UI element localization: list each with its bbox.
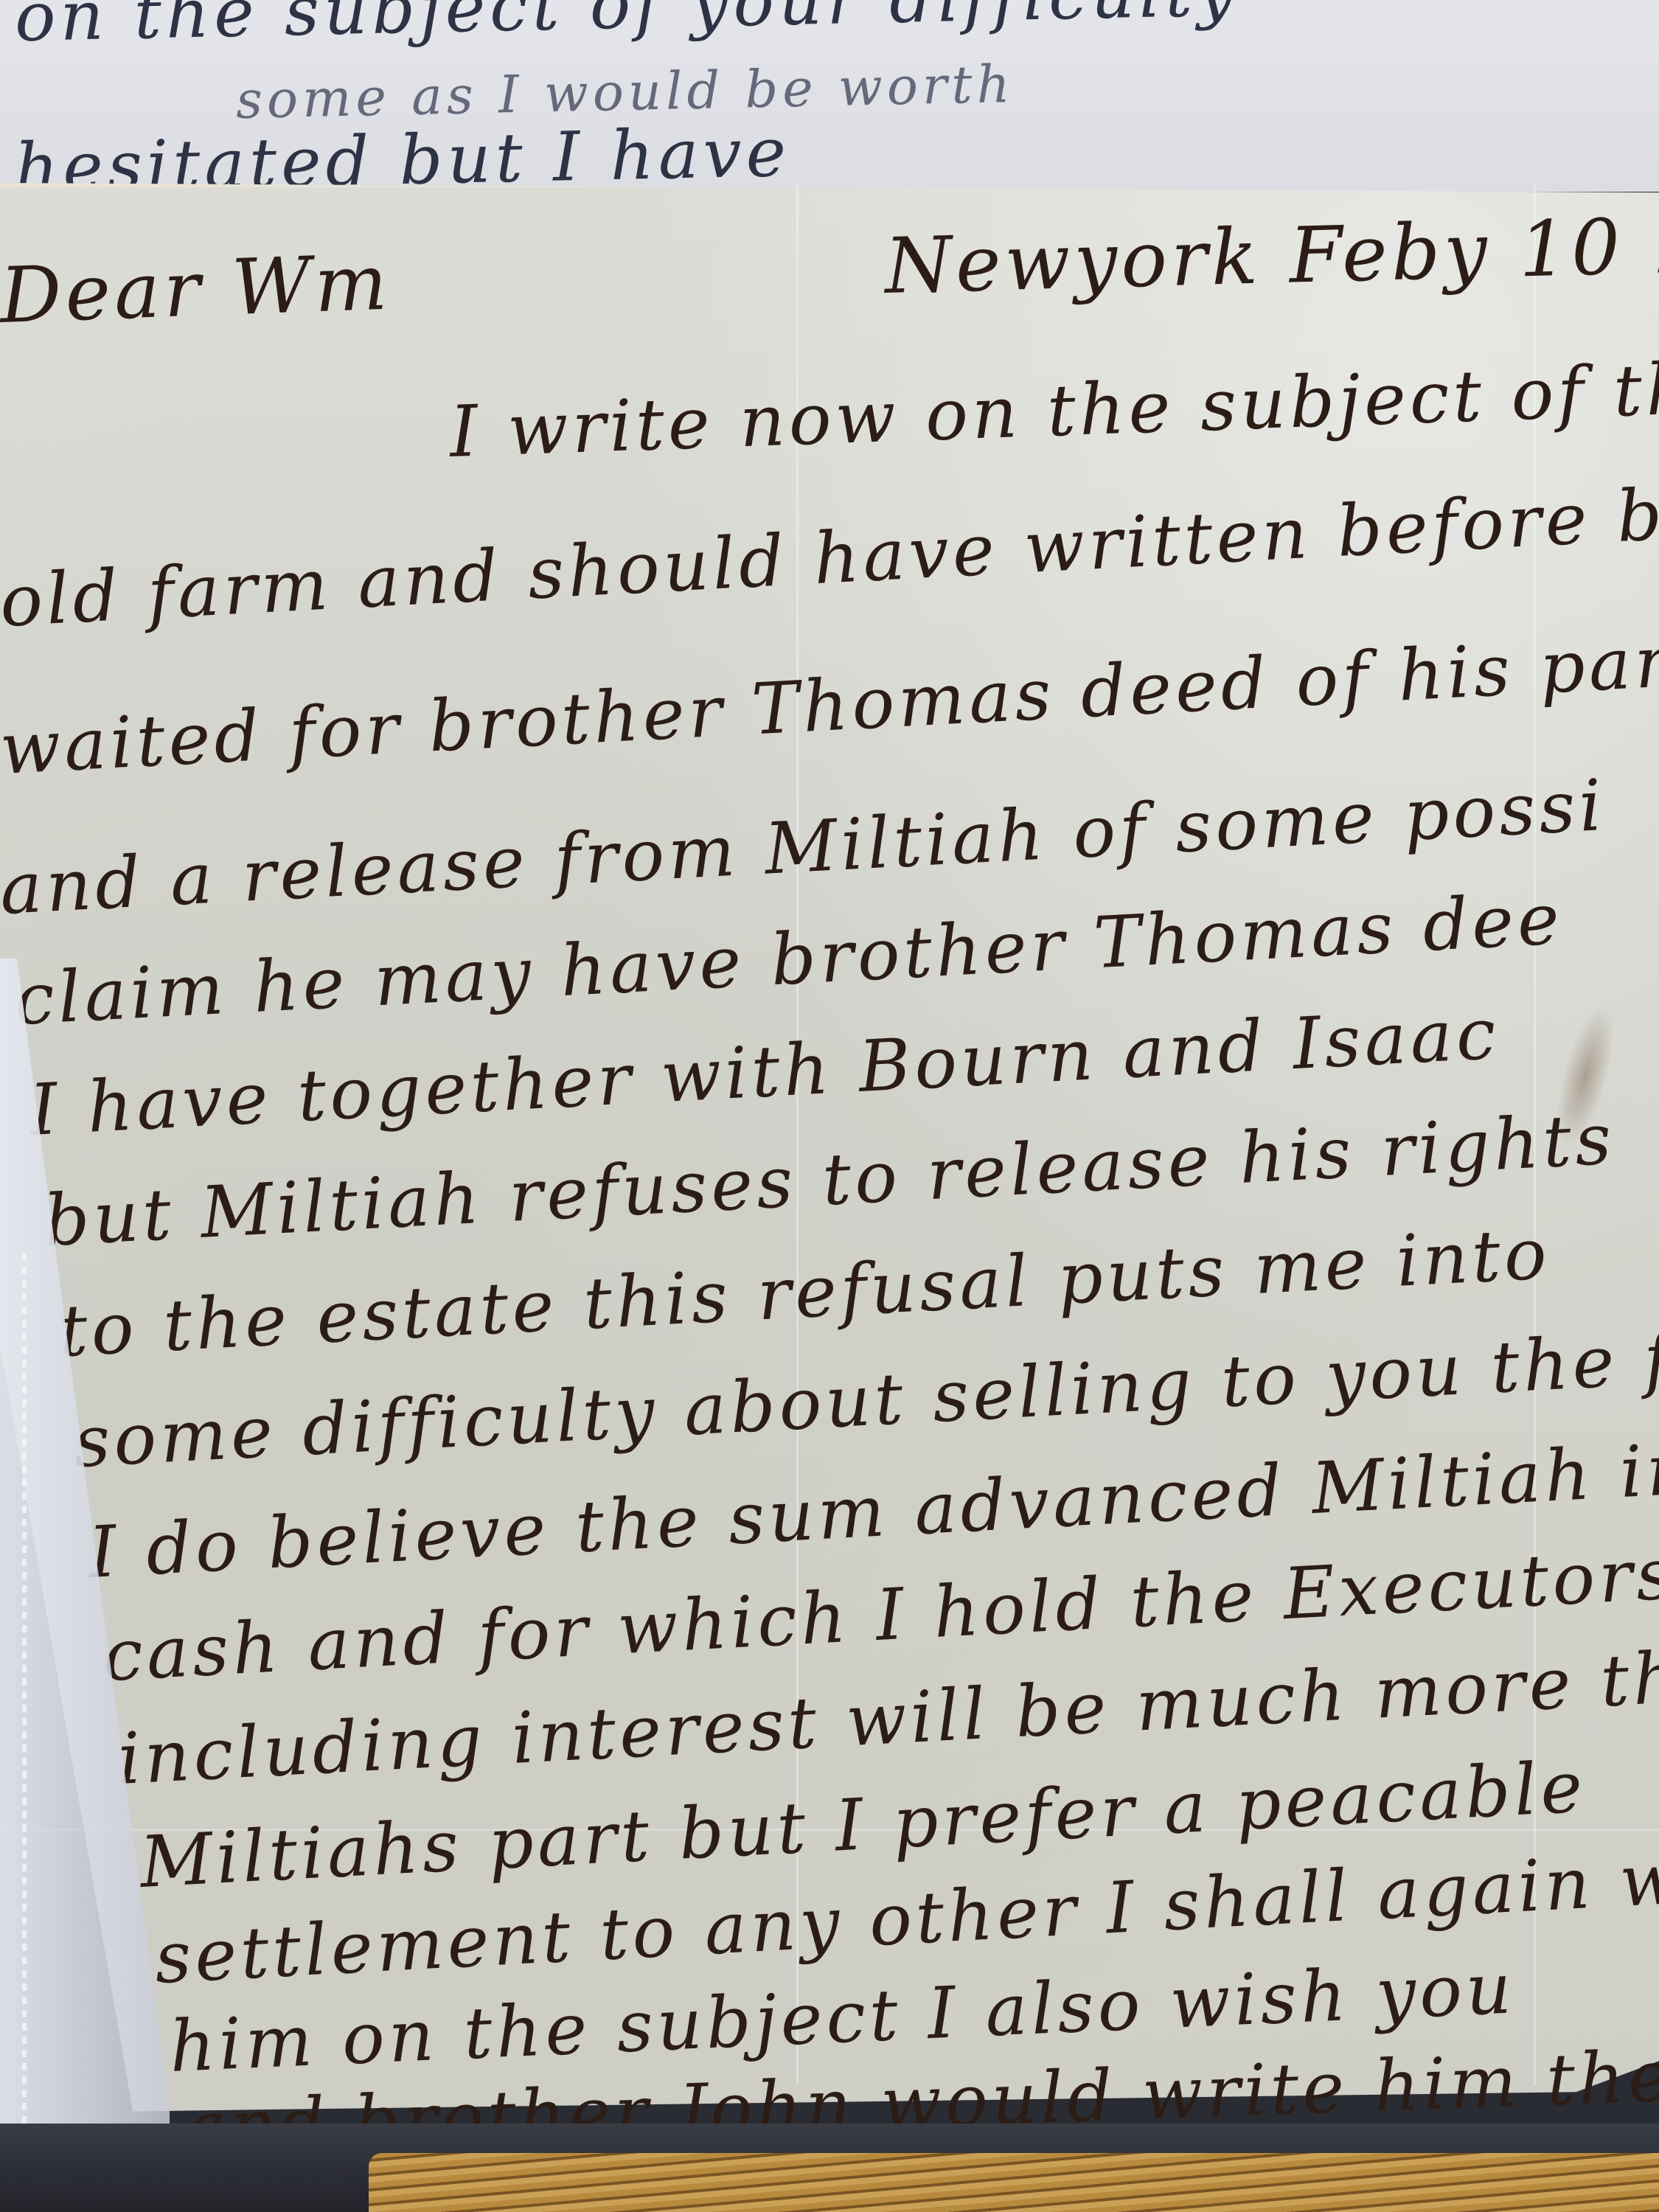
wooden-frame-edge bbox=[369, 2153, 1659, 2212]
background-letter-line: on the subject of your difficulty bbox=[14, 0, 1240, 57]
letter-salutation: Dear Wm bbox=[0, 237, 392, 341]
sleeve-perforation bbox=[22, 1253, 27, 2212]
background-letter: on the subject of your difficulty some a… bbox=[0, 0, 1659, 192]
